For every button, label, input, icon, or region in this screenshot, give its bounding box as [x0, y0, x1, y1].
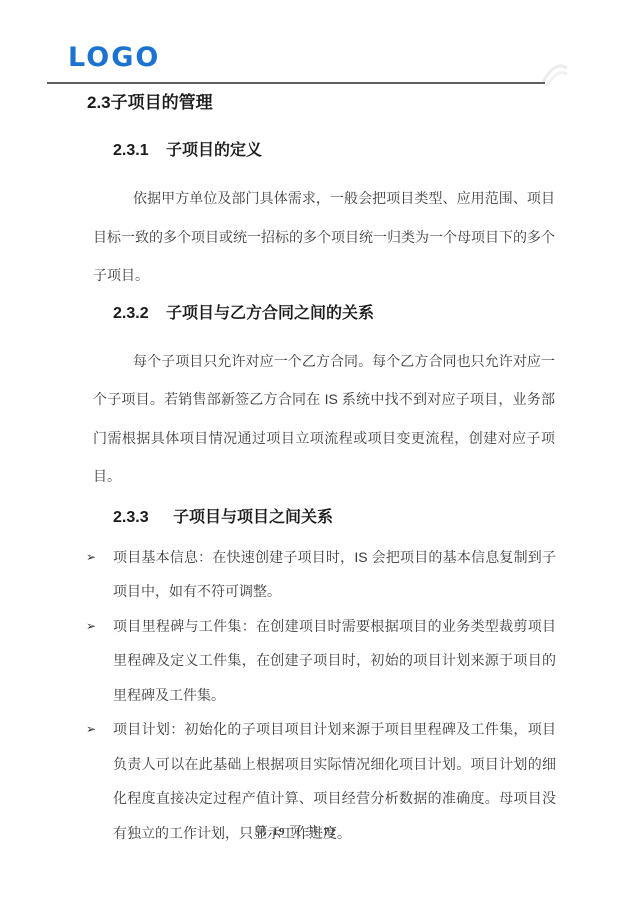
paragraph-231: 依据甲方单位及部门具体需求，一般会把项目类型、应用范围、项目目标一致的多个项目或…: [93, 179, 555, 295]
footer-label-of: 页 共: [290, 824, 320, 838]
section-title: 子项目与乙方合同之间的关系: [166, 304, 374, 324]
footer-total-pages: 72: [324, 826, 337, 838]
document-content: 2.3子项目的管理 2.3.1 子项目的定义 依据甲方单位及部门具体需求，一般会…: [86, 92, 556, 850]
company-logo: LOGO: [68, 44, 160, 71]
list-item: ➢ 项目里程碑与工件集：在创建项目时需要根据项目的业务类型裁剪项目里程碑及定义工…: [86, 609, 556, 713]
footer-page-number: 19: [273, 826, 286, 838]
bullet-list: ➢ 项目基本信息：在快速创建子项目时，IS 会把项目的基本信息复制到子项目中，如…: [86, 540, 556, 851]
section-heading-232: 2.3.2 子项目与乙方合同之间的关系: [113, 304, 556, 324]
section-number: 2.3.2: [113, 304, 149, 324]
arrow-bullet-icon: ➢: [86, 540, 113, 575]
watermark-swoosh-icon: [541, 58, 569, 93]
paragraph-232: 每个子项目只允许对应一个乙方合同。每个乙方合同也只允许对应一个子项目。若销售部新…: [93, 342, 555, 496]
bullet-text: 项目里程碑与工件集：在创建项目时需要根据项目的业务类型裁剪项目里程碑及定义工件集…: [113, 609, 556, 713]
chapter-title: 2.3子项目的管理: [87, 92, 556, 114]
arrow-bullet-icon: ➢: [86, 609, 113, 644]
section-title: 子项目与项目之间关系: [173, 508, 333, 528]
section-heading-231: 2.3.1 子项目的定义: [113, 141, 556, 161]
list-item: ➢ 项目基本信息：在快速创建子项目时，IS 会把项目的基本信息复制到子项目中，如…: [86, 540, 556, 609]
footer-label-page: 第: [255, 824, 268, 838]
page-footer: 第 19 页 共 72: [47, 822, 545, 839]
document-page: LOGO 2.3子项目的管理 2.3.1 子项目的定义 依据甲方单位及部门具体需…: [0, 0, 640, 906]
section-title: 子项目的定义: [166, 141, 262, 161]
section-number: 2.3.1: [113, 141, 149, 161]
section-heading-233: 2.3.3 子项目与项目之间关系: [113, 508, 556, 528]
arrow-bullet-icon: ➢: [86, 712, 113, 747]
section-number: 2.3.3: [113, 508, 149, 528]
header-divider: [47, 82, 545, 84]
bullet-text: 项目基本信息：在快速创建子项目时，IS 会把项目的基本信息复制到子项目中，如有不…: [113, 540, 556, 609]
